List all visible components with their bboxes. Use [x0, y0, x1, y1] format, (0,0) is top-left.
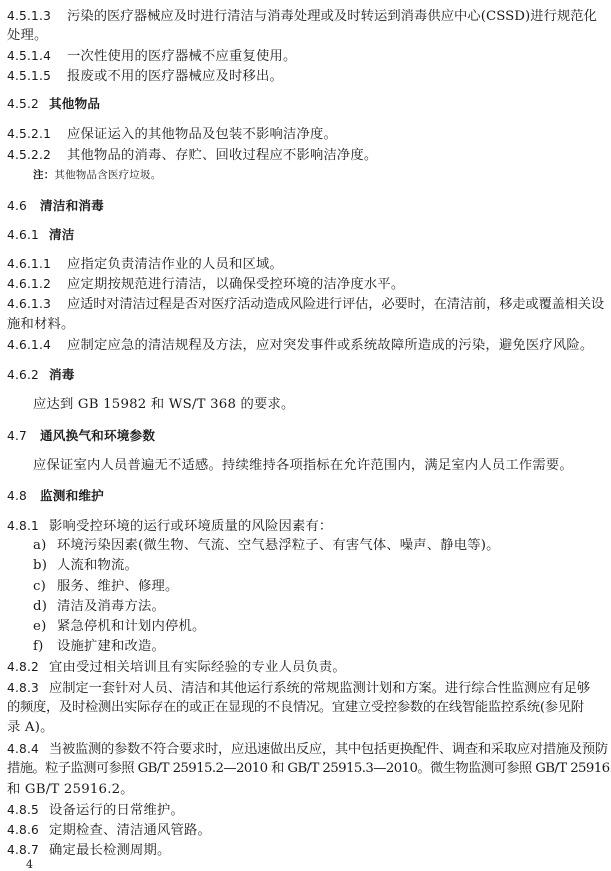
list-label: c) — [33, 579, 57, 595]
clause-continuation: 的频度，及时检测出实际存在的或正在显现的不良情况。宜建立受控参数的在线智能监控系… — [7, 700, 593, 716]
clause-text: 宜由受过相关培训且有实际经验的专业人员负责。 — [49, 660, 346, 675]
heading-4-6-1: 4.6.1清洁 — [7, 227, 593, 243]
heading-text: 监测和维护 — [40, 488, 104, 503]
list-item-d: d)清洁及消毒方法。 — [33, 599, 611, 615]
clause-4-6-1-3: 4.6.1.3应适时对清洁过程是否对医疗活动造成风险进行评估，必要时，在清洁前，… — [7, 296, 593, 313]
clause-4-5-2-2: 4.5.2.2其他物品的消毒、存贮、回收过程应不影响洁净度。 — [7, 147, 593, 164]
list-label: b) — [33, 558, 57, 574]
clause-continuation: 施和材料。 — [7, 317, 593, 333]
note-text: 其他物品含医疗垃圾。 — [54, 169, 161, 181]
clause-number: 4.8.1 — [7, 518, 49, 534]
clause-number: 4.5.1.5 — [7, 68, 67, 84]
list-text: 清洁及消毒方法。 — [57, 599, 165, 614]
clause-text: 应制定应急的清洁规程及方法，应对突发事件或系统故障所造成的污染，避免医疗风险。 — [67, 338, 593, 353]
note: 注：其他物品含医疗垃圾。 — [33, 167, 611, 183]
heading-number: 4.8 — [7, 488, 40, 504]
clause-4-8-3: 4.8.3应制定一套针对人员、清洁和其他运行系统的常规监测计划和方案。进行综合性… — [7, 680, 593, 697]
clause-number: 4.6.1.3 — [7, 296, 67, 312]
list-item-e: e)紧急停机和计划内停机。 — [33, 619, 611, 635]
clause-4-8-7: 4.8.7确定最长检测周期。 — [7, 842, 593, 859]
paragraph-text: 应保证室内人员普遍无不适感。持续维持各项指标在允许范围内，满足室内人员工作需要。 — [33, 458, 573, 473]
heading-number: 4.6 — [7, 198, 40, 214]
list-text: 人流和物流。 — [57, 558, 138, 573]
heading-4-6-2: 4.6.2消毒 — [7, 367, 593, 383]
heading-text: 清洁 — [49, 227, 75, 242]
clause-text: 应适时对清洁过程是否对医疗活动造成风险进行评估，必要时，在清洁前，移走或覆盖相关… — [67, 297, 604, 312]
paragraph-4-7: 应保证室内人员普遍无不适感。持续维持各项指标在允许范围内，满足室内人员工作需要。 — [33, 458, 611, 474]
clause-4-8-2: 4.8.2宜由受过相关培训且有实际经验的专业人员负责。 — [7, 659, 593, 676]
heading-number: 4.6.1 — [7, 227, 49, 243]
note-label: 注： — [33, 169, 54, 181]
clause-text: 其他物品的消毒、存贮、回收过程应不影响洁净度。 — [67, 148, 377, 163]
heading-number: 4.7 — [7, 428, 40, 444]
clause-text: 污染的医疗器械应及时进行清洁与消毒处理或及时转运到消毒供应中心(CSSD)进行规… — [67, 9, 597, 24]
clause-4-5-1-3: 4.5.1.3污染的医疗器械应及时进行清洁与消毒处理或及时转运到消毒供应中心(C… — [7, 8, 593, 25]
clause-4-8-5: 4.8.5设备运行的日常维护。 — [7, 802, 593, 819]
clause-text: 确定最长检测周期。 — [49, 843, 170, 858]
clause-text: 录 A)。 — [7, 720, 54, 735]
clause-number: 4.6.1.2 — [7, 276, 67, 292]
clause-text: 应制定一套针对人员、清洁和其他运行系统的常规监测计划和方案。进行综合性监测应有足… — [49, 681, 590, 696]
clause-text: 影响受控环境的运行或环境质量的风险因素有： — [49, 519, 332, 534]
clause-number: 4.5.2.2 — [7, 147, 67, 163]
clause-4-5-2-1: 4.5.2.1应保证运入的其他物品及包装不影响洁净度。 — [7, 126, 593, 143]
clause-4-8-1: 4.8.1影响受控环境的运行或环境质量的风险因素有： — [7, 518, 593, 535]
heading-text: 通风换气和环境参数 — [40, 428, 155, 443]
clause-4-6-1-1: 4.6.1.1应指定负责清洁作业的人员和区域。 — [7, 256, 593, 273]
list-label: f) — [33, 639, 57, 655]
clause-number: 4.8.2 — [7, 659, 49, 675]
clause-number: 4.8.4 — [7, 741, 49, 757]
heading-4-8: 4.8监测和维护 — [7, 488, 593, 504]
clause-text: 的频度，及时检测出实际存在的或正在显现的不良情况。宜建立受控参数的在线智能监控系… — [7, 700, 584, 715]
heading-text: 消毒 — [49, 367, 75, 382]
clause-text: 和 GB/T 25916.2。 — [7, 782, 134, 797]
clause-text: 一次性使用的医疗器械不应重复使用。 — [67, 49, 296, 64]
heading-4-5-2: 4.5.2其他物品 — [7, 96, 593, 112]
clause-4-8-4: 4.8.4当被监测的参数不符合要求时，应迅速做出反应，其中包括更换配件、调查和采… — [7, 741, 593, 758]
clause-text: 处理。 — [7, 28, 48, 43]
clause-text: 当被监测的参数不符合要求时，应迅速做出反应，其中包括更换配件、调查和采取应对措施… — [49, 742, 608, 757]
heading-number: 4.5.2 — [7, 96, 49, 112]
heading-4-6: 4.6清洁和消毒 — [7, 198, 593, 214]
clause-continuation: 措施。粒子监测可参照 GB/T 25915.2—2010 和 GB/T 2591… — [7, 761, 593, 777]
clause-4-6-1-4: 4.6.1.4应制定应急的清洁规程及方法，应对突发事件或系统故障所造成的污染，避… — [7, 337, 593, 354]
heading-number: 4.6.2 — [7, 367, 49, 383]
clause-number: 4.5.1.3 — [7, 8, 67, 24]
document-page: 4.5.1.3污染的医疗器械应及时进行清洁与消毒处理或及时转运到消毒供应中心(C… — [0, 0, 611, 871]
clause-number: 4.8.3 — [7, 680, 49, 696]
clause-number: 4.6.1.4 — [7, 337, 67, 353]
clause-text: 设备运行的日常维护。 — [49, 803, 184, 818]
list-text: 服务、维护、修理。 — [57, 579, 178, 594]
clause-4-6-1-2: 4.6.1.2应定期按规范进行清洁，以确保受控环境的洁净度水平。 — [7, 276, 593, 293]
paragraph-4-6-2: 应达到 GB 15982 和 WS/T 368 的要求。 — [33, 397, 611, 413]
heading-text: 其他物品 — [49, 96, 100, 111]
clause-number: 4.5.2.1 — [7, 126, 67, 142]
clause-continuation: 和 GB/T 25916.2。 — [7, 782, 593, 798]
clause-number: 4.5.1.4 — [7, 48, 67, 64]
heading-text: 清洁和消毒 — [40, 198, 104, 213]
list-label: e) — [33, 619, 57, 635]
clause-number: 4.8.5 — [7, 802, 49, 818]
clause-text: 应保证运入的其他物品及包装不影响洁净度。 — [67, 127, 337, 142]
page-number: 4 — [26, 858, 33, 871]
clause-4-8-6: 4.8.6定期检查、清洁通风管路。 — [7, 822, 593, 839]
list-item-f: f)设施扩建和改造。 — [33, 639, 611, 655]
paragraph-text: 应达到 GB 15982 和 WS/T 368 的要求。 — [33, 397, 295, 412]
list-label: d) — [33, 599, 57, 615]
list-item-a: a)环境污染因素(微生物、气流、空气悬浮粒子、有害气体、噪声、静电等)。 — [33, 538, 611, 554]
list-item-b: b)人流和物流。 — [33, 558, 611, 574]
clause-4-5-1-4: 4.5.1.4一次性使用的医疗器械不应重复使用。 — [7, 48, 593, 65]
clause-text: 应指定负责清洁作业的人员和区域。 — [67, 257, 283, 272]
list-label: a) — [33, 538, 57, 554]
heading-4-7: 4.7通风换气和环境参数 — [7, 428, 593, 444]
clause-text: 报废或不用的医疗器械应及时移出。 — [67, 69, 283, 84]
clause-number: 4.8.6 — [7, 822, 49, 838]
clause-text: 施和材料。 — [7, 317, 74, 332]
clause-number: 4.8.7 — [7, 842, 49, 858]
list-text: 环境污染因素(微生物、气流、空气悬浮粒子、有害气体、噪声、静电等)。 — [57, 538, 500, 553]
clause-text: 定期检查、清洁通风管路。 — [49, 823, 211, 838]
clause-continuation: 处理。 — [7, 28, 593, 44]
clause-text: 措施。粒子监测可参照 GB/T 25915.2—2010 和 GB/T 2591… — [7, 761, 611, 776]
list-text: 紧急停机和计划内停机。 — [57, 619, 205, 634]
list-text: 设施扩建和改造。 — [57, 639, 165, 654]
clause-continuation: 录 A)。 — [7, 720, 593, 736]
clause-number: 4.6.1.1 — [7, 256, 67, 272]
clause-4-5-1-5: 4.5.1.5报废或不用的医疗器械应及时移出。 — [7, 68, 593, 85]
list-item-c: c)服务、维护、修理。 — [33, 579, 611, 595]
clause-text: 应定期按规范进行清洁，以确保受控环境的洁净度水平。 — [67, 277, 404, 292]
